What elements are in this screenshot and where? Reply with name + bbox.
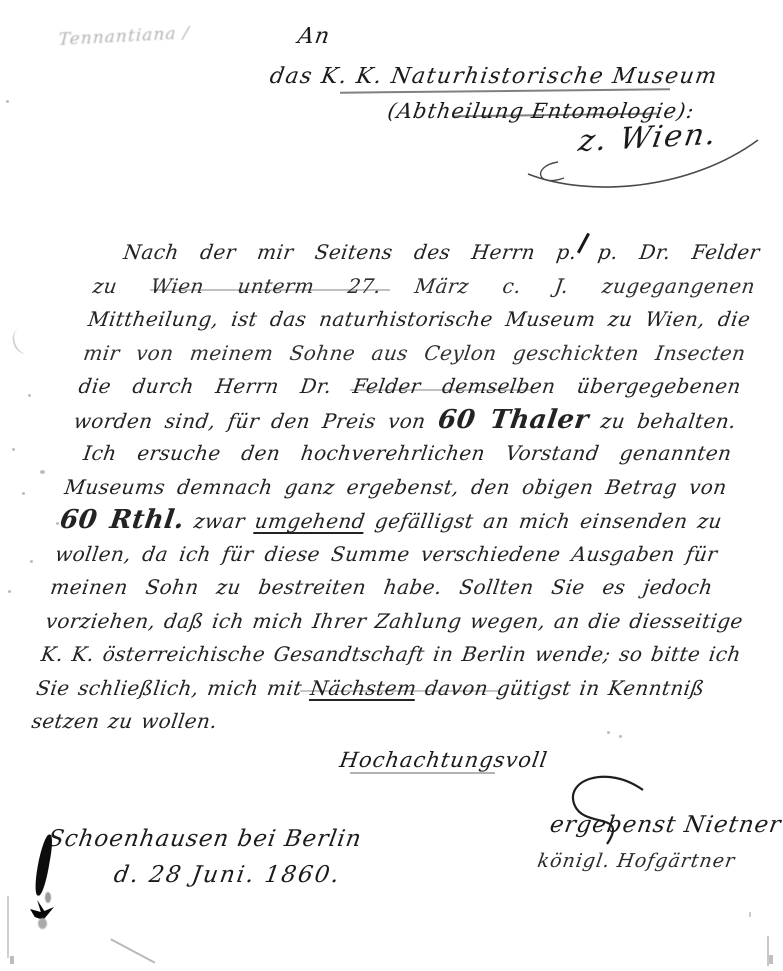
handwriting-segment: K. K. österreichische Gesandtschaft in B… [40, 642, 743, 666]
pen-stroke [300, 690, 500, 692]
handwriting-line: setzen zu wollen. [29, 705, 696, 739]
handwriting-line: mir von meinem Sohne aus Ceylon geschick… [81, 337, 748, 371]
scan-speck [607, 731, 610, 734]
scan-scratch [111, 938, 156, 963]
handwriting-segment: Museums demnach ganz ergebenst, den obig… [63, 475, 728, 499]
handwriting-segment: 60 Thaler [436, 405, 591, 435]
handwriting-segment: zu behalten. [587, 409, 738, 433]
scan-scratch [9, 325, 37, 356]
handwriting-segment: mir von meinem Sohne aus Ceylon geschick… [82, 341, 747, 365]
handwriting-segment: umgehend [253, 509, 366, 533]
address-recipient: das K. K. Naturhistorische Museum [268, 64, 720, 89]
ink-smudge [45, 892, 51, 903]
handwriting-line: Sie schließlich, mich mit Nächstem davon… [34, 672, 701, 706]
handwriting-line: Museums demnach ganz ergebenst, den obig… [62, 471, 729, 505]
ink-blot [30, 900, 54, 920]
scan-speck [22, 492, 25, 495]
handwriting-segment: die durch Herrn Dr. Felder demselben übe… [77, 374, 742, 398]
ink-smudge [38, 918, 47, 929]
handwriting-line: Nach der mir Seitens des Herrn p. p. Dr.… [95, 236, 762, 270]
handwriting-segment: wollen, da ich für diese Summe verschied… [54, 542, 719, 566]
handwriting-segment: 60 Rthl. [58, 505, 186, 535]
scan-speck [56, 522, 59, 525]
letter-body: Nach der mir Seitens des Herrn p. p. Dr.… [29, 236, 762, 739]
signature-name: ergebenst Nietner [548, 812, 783, 838]
handwriting-segment: gefälligst an mich einsenden zu [363, 509, 723, 533]
handwriting-segment: setzen zu wollen. [30, 709, 219, 733]
scan-speck [40, 470, 45, 474]
scan-speck [30, 560, 33, 563]
handwriting-segment: Mittheilung, ist das naturhistorische Mu… [87, 307, 752, 331]
handwriting-line: die durch Herrn Dr. Felder demselben übe… [76, 370, 743, 404]
handwriting-segment: Nächstem [309, 676, 418, 700]
handwriting-segment: zwar [182, 509, 256, 533]
dateline-date: d. 28 Juni. 1860. [112, 862, 343, 888]
signature-title: königl. Hofgärtner [536, 850, 737, 872]
flourish-underline-icon [520, 128, 772, 200]
scan-edge-mark [10, 956, 14, 964]
handwriting-line: 60 Rthl. zwar umgehend gefälligst an mic… [58, 504, 725, 538]
handwriting-line: vorziehen, daß ich mich Ihrer Zahlung we… [44, 605, 711, 639]
handwriting-line: meinen Sohn zu bestreiten habe. Sollten … [48, 571, 715, 605]
handwriting-line: Mittheilung, ist das naturhistorische Mu… [86, 303, 753, 337]
handwriting-line: Ich ersuche den hochverehrlichen Vorstan… [67, 437, 734, 471]
handwriting-line: zu Wien unterm 27. März c. J. zugegangen… [91, 270, 758, 304]
scanned-letter-page: Tennantiana / An das K. K. Naturhistoris… [0, 0, 783, 971]
handwriting-segment: vorziehen, daß ich mich Ihrer Zahlung we… [44, 609, 744, 633]
scan-edge-mark [749, 912, 751, 917]
handwriting-segment: zu Wien unterm 27. März c. J. zugegangen… [91, 274, 756, 298]
scan-speck [28, 394, 31, 397]
dateline-place: Schoenhausen bei Berlin [46, 826, 364, 852]
handwriting-segment: meinen Sohn zu bestreiten habe. Sollten … [49, 575, 714, 599]
handwriting-line: K. K. österreichische Gesandtschaft in B… [39, 638, 706, 672]
scan-speck [12, 448, 15, 451]
address-department: (Abtheilung Entomologie): [386, 99, 696, 123]
scan-edge-mark [7, 896, 9, 958]
scan-edge-mark [769, 955, 773, 964]
handwriting-segment: Nach der mir Seitens des Herrn p. p. Dr.… [122, 240, 761, 264]
pen-stroke [340, 88, 670, 93]
pencil-annotation: Tennantiana / [58, 23, 190, 50]
address-salutation: An [296, 24, 332, 49]
closing-valediction: Hochachtungsvoll [338, 748, 550, 772]
scan-speck [8, 590, 11, 593]
pen-stroke [150, 289, 390, 291]
handwriting-segment: davon gütigst in Kenntniß [415, 676, 706, 700]
scan-speck [6, 100, 9, 103]
pen-stroke [350, 389, 530, 391]
handwriting-line: wollen, da ich für diese Summe verschied… [53, 538, 720, 572]
ink-blot [33, 834, 55, 897]
pen-stroke [350, 772, 495, 774]
handwriting-segment: worden sind, für den Preis von [72, 409, 439, 433]
handwriting-segment: Ich ersuche den hochverehrlichen Vorstan… [82, 441, 733, 465]
handwriting-line: worden sind, für den Preis von 60 Thaler… [72, 404, 739, 438]
scan-speck [619, 735, 622, 738]
handwriting-segment: Sie schließlich, mich mit [35, 676, 313, 700]
